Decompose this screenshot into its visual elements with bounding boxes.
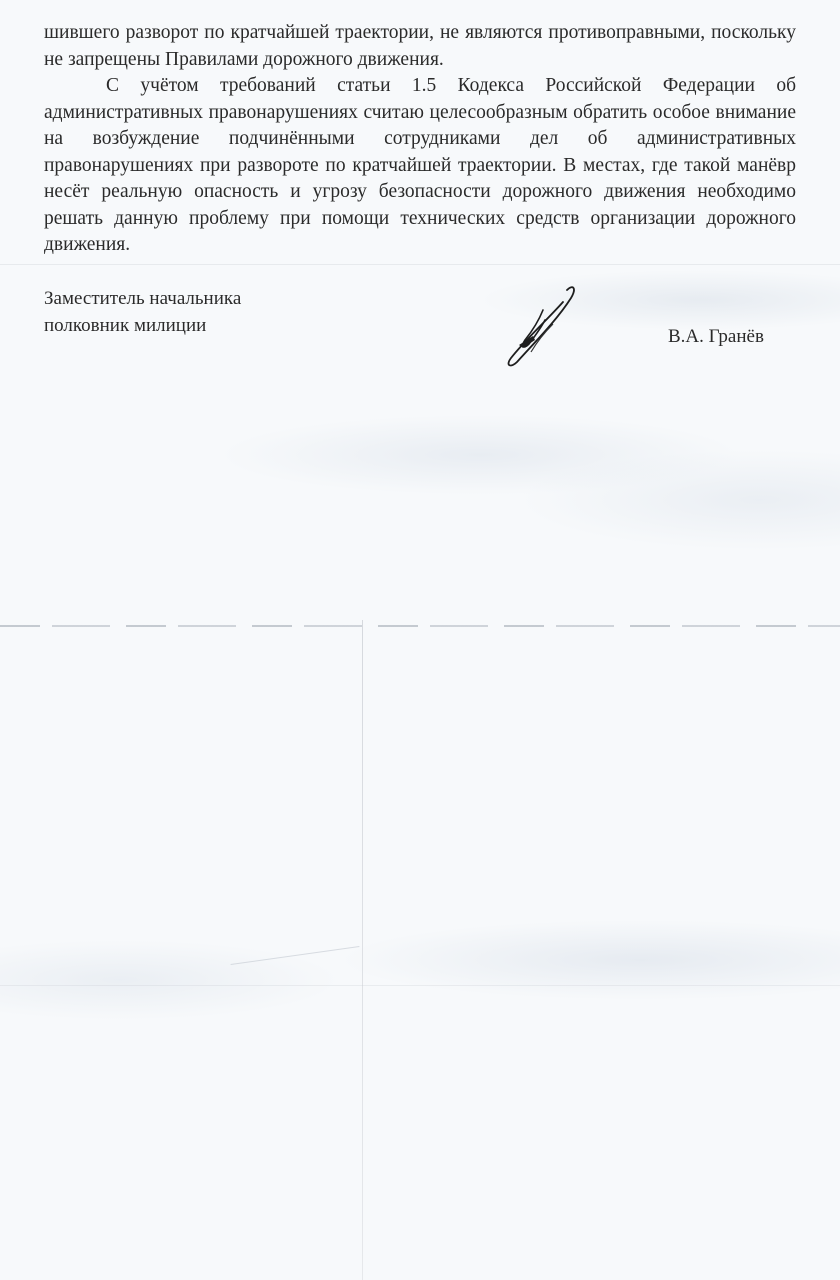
crease-line [0,264,840,265]
document-body: шившего разворот по кратчайшей траектори… [44,20,796,259]
paragraph-recommendation: С учётом требований статьи 1.5 Кодекса Р… [44,73,796,259]
rank-title: полковник милиции [44,312,241,339]
signatory-position: Заместитель начальника полковник милиции [44,285,241,339]
crease-line [0,985,840,986]
handwritten-signature-icon [495,280,595,375]
signer-name: В.А. Гранёв [668,326,764,348]
position-title: Заместитель начальника [44,285,241,312]
fold-line-vertical [362,620,363,1280]
fold-line-horizontal [0,625,840,627]
paragraph-continuation: шившего разворот по кратчайшей траектори… [44,20,796,73]
